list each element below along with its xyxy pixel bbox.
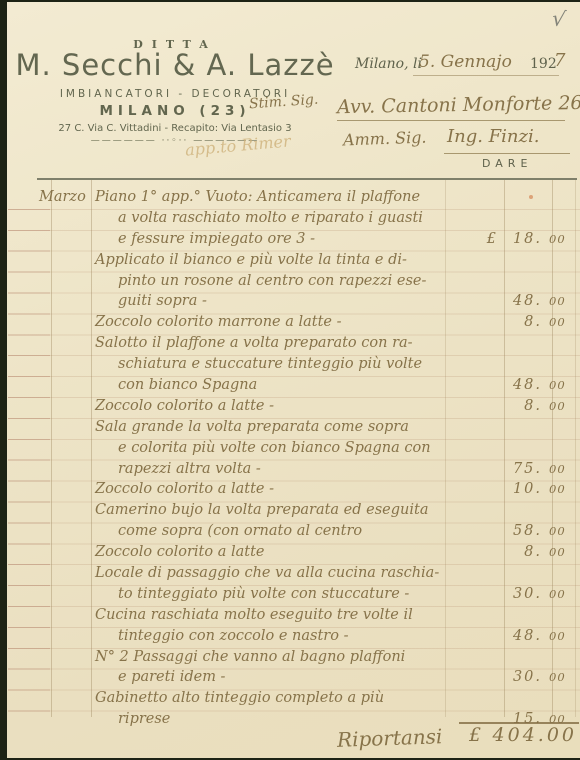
addressee-line1-underline: [337, 120, 565, 121]
ledger-row: N° 2 Passaggi che vanno al bagno plaffon…: [39, 647, 577, 668]
ledger-description: schiatura e stuccature tinteggio più vol…: [95, 354, 476, 375]
ledger-description: guiti sopra -: [95, 291, 476, 312]
ledger-row: Applicato il bianco e più volte la tinta…: [39, 250, 577, 271]
ledger-amount-cents: 00: [542, 229, 577, 250]
ledger-amount-cents: 00: [542, 396, 577, 417]
ledger-description: come sopra (con ornato al centro: [95, 521, 476, 542]
ledger-amount-cents: 00: [542, 312, 577, 333]
ledger-row: Salotto il plaffone a volta preparato co…: [39, 333, 577, 354]
ledger-description: Zoccolo colorito a latte: [95, 542, 476, 563]
ledger-amount-cents: 00: [542, 667, 577, 688]
ledger-description: pinto un rosone al centro con rapezzi es…: [95, 271, 476, 292]
ledger-row: con bianco Spagna4800: [39, 375, 577, 396]
addressee-line1: Avv. Cantoni Monforte 26.: [337, 92, 580, 118]
ledger-row: e fessure impiegato ore 3 -£1800: [39, 229, 577, 250]
ledger-row: Zoccolo colorito a latte800: [39, 542, 577, 563]
total-label: Riportansi: [337, 724, 443, 752]
dare-column-label: DARE: [482, 157, 532, 170]
ledger-amount-cents: 00: [542, 479, 577, 500]
ledger-amount-cents: 00: [542, 291, 577, 312]
dateline-year-printed: 192: [530, 56, 557, 72]
ledger-description: Locale di passaggio che va alla cucina r…: [95, 563, 476, 584]
ledger-row: Camerino bujo la volta preparata ed eseg…: [39, 500, 577, 521]
ledger-description: e colorita più volte con bianco Spagna c…: [95, 438, 476, 459]
ledger-row: Gabinetto alto tinteggio completo a più: [39, 688, 577, 709]
ledger-row: schiatura e stuccature tinteggio più vol…: [39, 354, 577, 375]
ledger-row: Zoccolo colorito a latte -800: [39, 396, 577, 417]
ledger-amount-lire: 10: [496, 479, 542, 500]
ledger-description: to tinteggiato più volte con stuccature …: [95, 584, 476, 605]
ledger-row: Cucina raschiata molto eseguito tre volt…: [39, 605, 577, 626]
ledger-amount-cents: 00: [542, 542, 577, 563]
ledger-description: Cucina raschiata molto eseguito tre volt…: [95, 605, 476, 626]
ledger-row: Locale di passaggio che va alla cucina r…: [39, 563, 577, 584]
ledger-amount-lire: 18: [496, 229, 542, 250]
pencil-checkmark: √: [550, 6, 567, 32]
ledger-description: Sala grande la volta preparata come sopr…: [95, 417, 476, 438]
ledger-amount-cents: 00: [542, 626, 577, 647]
ledger-description: con bianco Spagna: [95, 375, 476, 396]
ledger-currency-symbol: £: [476, 229, 496, 250]
ledger-amount-lire: 30: [496, 584, 542, 605]
ledger-rows: MarzoPiano 1° app.° Vuoto: Anticamera il…: [39, 187, 577, 730]
total-amount: 404.00: [485, 724, 577, 746]
ledger-amount-lire: 58: [496, 521, 542, 542]
ledger-description: Zoccolo colorito a latte -: [95, 396, 476, 417]
ledger-row: rapezzi altra volta -7500: [39, 459, 577, 480]
ledger-description: Zoccolo colorito marrone a latte -: [95, 312, 476, 333]
dateline-place-label: Milano, li: [355, 56, 422, 72]
ledger-row: come sopra (con ornato al centro5800: [39, 521, 577, 542]
ledger-amount-cents: 00: [542, 459, 577, 480]
invoice-paper: √ DITTA M. Secchi & A. Lazzè IMBIANCATOR…: [7, 2, 580, 758]
addressee-line2-prefix: Amm. Sig.: [343, 128, 427, 150]
ledger-description: Applicato il bianco e più volte la tinta…: [95, 250, 476, 271]
ledger-row: tinteggio con zoccolo e nastro -4800: [39, 626, 577, 647]
ledger-row: Zoccolo colorito marrone a latte -800: [39, 312, 577, 333]
ledger-description: tinteggio con zoccolo e nastro -: [95, 626, 476, 647]
ledger-description: Camerino bujo la volta preparata ed eseg…: [95, 500, 476, 521]
ledger-month-cell: Marzo: [39, 187, 95, 208]
ledger-row: MarzoPiano 1° app.° Vuoto: Anticamera il…: [39, 187, 577, 208]
dateline-handwritten-date: 5. Gennajo: [419, 52, 512, 72]
dateline-year-handwritten: 7: [554, 50, 565, 71]
header-rule: [37, 178, 577, 180]
ledger-description: Salotto il plaffone a volta preparato co…: [95, 333, 476, 354]
ledger-amount-cents: 00: [542, 521, 577, 542]
ledger-description: a volta raschiato molto e riparato i gua…: [95, 208, 476, 229]
ledger-amount-lire: 8: [496, 542, 542, 563]
ledger-amount-lire: 48: [496, 626, 542, 647]
ledger-amount-cents: 00: [542, 375, 577, 396]
ledger-row: to tinteggiato più volte con stuccature …: [39, 584, 577, 605]
ledger-amount-lire: 8: [496, 396, 542, 417]
ledger-description: Piano 1° app.° Vuoto: Anticamera il plaf…: [95, 187, 476, 208]
ledger-row: a volta raschiato molto e riparato i gua…: [39, 208, 577, 229]
ledger-row: guiti sopra -4800: [39, 291, 577, 312]
dateline-rule: [413, 75, 559, 76]
ledger-description: N° 2 Passaggi che vanno al bagno plaffon…: [95, 647, 476, 668]
ledger-amount-lire: 48: [496, 375, 542, 396]
scanned-invoice: √ DITTA M. Secchi & A. Lazzè IMBIANCATOR…: [0, 0, 580, 760]
ledger-description: Zoccolo colorito a latte -: [95, 479, 476, 500]
ledger-row: e pareti idem -3000: [39, 667, 577, 688]
ledger-amount-lire: 75: [496, 459, 542, 480]
company-name: M. Secchi & A. Lazzè: [15, 48, 335, 82]
ledger-row: e colorita più volte con bianco Spagna c…: [39, 438, 577, 459]
ledger-description: rapezzi altra volta -: [95, 459, 476, 480]
ledger-description: e fessure impiegato ore 3 -: [95, 229, 476, 250]
ledger-amount-lire: 8: [496, 312, 542, 333]
total-currency: £: [469, 724, 481, 746]
ledger-amount-cents: 00: [542, 584, 577, 605]
addressee-line2-underline: [444, 153, 570, 154]
ledger-description: e pareti idem -: [95, 667, 476, 688]
addressee-line2: Ing. Finzi.: [447, 126, 539, 147]
ledger-description: Gabinetto alto tinteggio completo a più: [95, 688, 476, 709]
ledger-row: pinto un rosone al centro con rapezzi es…: [39, 271, 577, 292]
ledger-amount-lire: 48: [496, 291, 542, 312]
ledger-row: Sala grande la volta preparata come sopr…: [39, 417, 577, 438]
ledger-row: Zoccolo colorito a latte -1000: [39, 479, 577, 500]
ledger-amount-lire: 30: [496, 667, 542, 688]
